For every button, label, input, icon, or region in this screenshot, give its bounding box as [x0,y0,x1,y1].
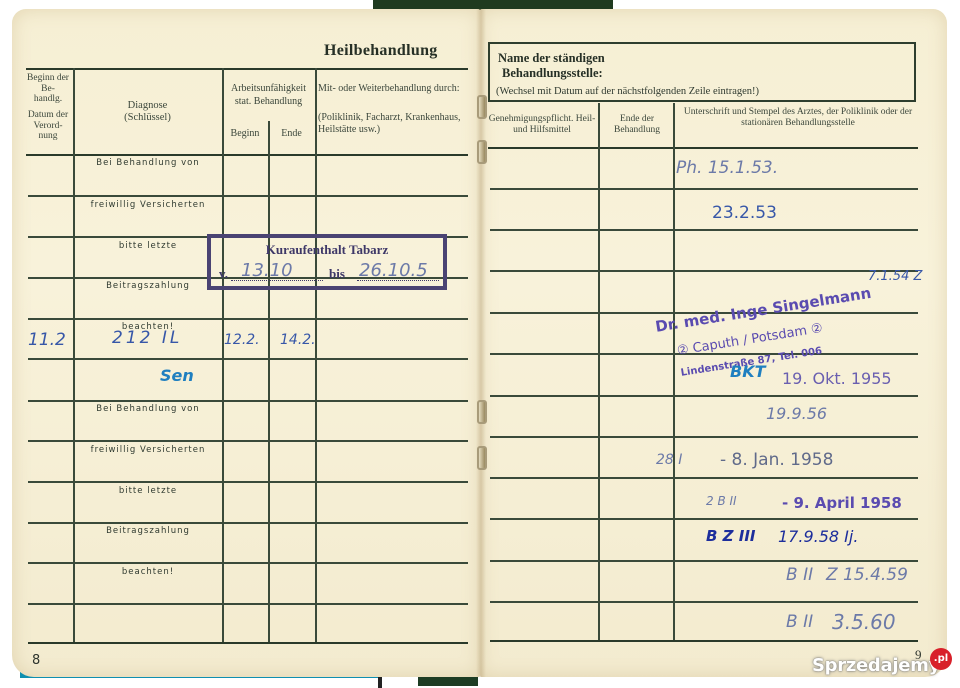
notice-line: Beitragszahlung [74,526,222,536]
row-rule [28,481,468,483]
notice-line: Beitragszahlung [74,281,222,291]
date-stamp: - 9. April 1958 [782,494,902,512]
kuraufenthalt-stamp: Kuraufenthalt Tabarz v. 13.10 bis 26.10.… [207,234,447,290]
header-schluessel: (Schlüssel) [75,113,220,124]
page-number-left: 8 [32,653,40,668]
handwritten-initials: Sen [160,366,194,385]
row-rule [490,188,918,190]
column-divider [268,121,270,644]
notice-line: bitte letzte [74,486,222,496]
date-stamp: - 8. Jan. 1958 [720,450,833,470]
stamp-to-label: bis [329,266,345,282]
date-stamp: 17.9.58 Ij. [778,527,858,546]
date-annotation: B II [786,612,813,632]
row-rule [28,562,468,564]
column-divider [222,68,224,644]
date-stamp: 19. Okt. 1955 [782,369,892,388]
behandlungsstelle-box: Name der ständigen Behandlungsstelle: (W… [488,42,916,102]
header-weiterbehandlung-note: (Poliklinik, Facharzt, Krankenhaus, Heil… [318,112,468,136]
stamp-to-value: 26.10.5 [359,260,428,281]
header-unterschrift: Unterschrift und Stempel des Arztes, der… [680,107,916,128]
header-beginn: Beginn der Be- handlg. [26,73,70,105]
header-heilmittel: Genehmigungspflicht. Heil- und Hilfsmitt… [486,114,598,135]
table-bottom-rule [28,642,468,644]
header-stat-behandlung: stat. Behandlung [222,97,315,108]
notice-line: Bei Behandlung von [74,158,222,168]
namebox-title-line1: Name der ständigen [498,51,605,66]
row-rule [490,270,918,272]
staple [477,140,487,164]
date-annotation: B II [786,565,813,585]
notice-line: freiwillig Versicherten [74,445,222,455]
header-au-ende: Ende [268,129,315,140]
watermark-logo: Sprzedajemy [812,655,940,676]
notice-line: Bei Behandlung von [74,404,222,414]
row-rule [490,395,918,397]
staple [477,400,487,424]
row-rule [28,440,468,442]
table-header-rule [488,147,918,149]
table-top-rule [26,68,468,70]
handwritten-au-beginn: 12.2. [224,332,260,348]
column-divider [73,68,75,644]
row-rule [490,601,918,603]
row-rule [28,318,468,320]
table-header-rule [26,154,468,156]
notice-line: bitte letzte [74,241,222,251]
entry-date: 23.2.53 [712,203,777,223]
namebox-title-line2: Behandlungsstelle: [502,66,603,81]
row-rule [490,518,918,520]
header-au-beginn: Beginn [222,129,268,140]
handwritten-date: 11.2 [28,330,66,350]
handwritten-au-ende: 14.2. [280,332,316,348]
date-annotation: 2 B II [706,494,737,508]
row-rule [490,560,918,562]
entry-signature: Ph. 15.1.53. [676,158,778,178]
namebox-note: (Wechsel mit Datum auf der nächstfolgend… [496,86,759,97]
stamp-title: Kuraufenthalt Tabarz [211,242,443,258]
row-rule [28,603,468,605]
header-ende-behandlung: Ende der Behandlung [602,114,672,135]
stamp-from-value: 13.10 [241,260,293,281]
date-annotation: B Z III [706,527,756,545]
header-datum: Datum der Verord- nung [26,110,70,142]
row-rule [28,400,468,402]
table-bottom-rule [490,640,918,642]
row-rule [28,522,468,524]
date-stamp: 3.5.60 [832,610,896,634]
header-arbeitsunfaehigkeit: Arbeitsunfähigkeit [222,84,315,95]
row-rule [490,477,918,479]
notice-line: freiwillig Versicherten [74,200,222,210]
date-annotation: 28 I [656,452,682,468]
date-stamp: Z 15.4.59 [826,565,908,585]
stamp-from-label: v. [219,266,228,282]
staple [477,446,487,470]
entry-date: 7.1.54 Z [868,269,922,284]
handwritten-diagnosis: 212 IL [112,328,182,348]
header-weiterbehandlung: Mit- oder Weiterbehandlung durch: [318,84,468,95]
column-divider [315,68,317,644]
row-rule [28,195,468,197]
notice-line: beachten! [74,567,222,577]
watermark-badge: .pl [930,648,952,670]
page-title: Heilbehandlung [324,42,438,60]
header-diagnose: Diagnose [75,101,220,112]
row-rule [490,436,918,438]
row-rule [490,229,918,231]
row-rule [28,358,468,360]
entry-date: 19.9.56 [766,404,827,423]
date-annotation: BKT [730,362,766,381]
